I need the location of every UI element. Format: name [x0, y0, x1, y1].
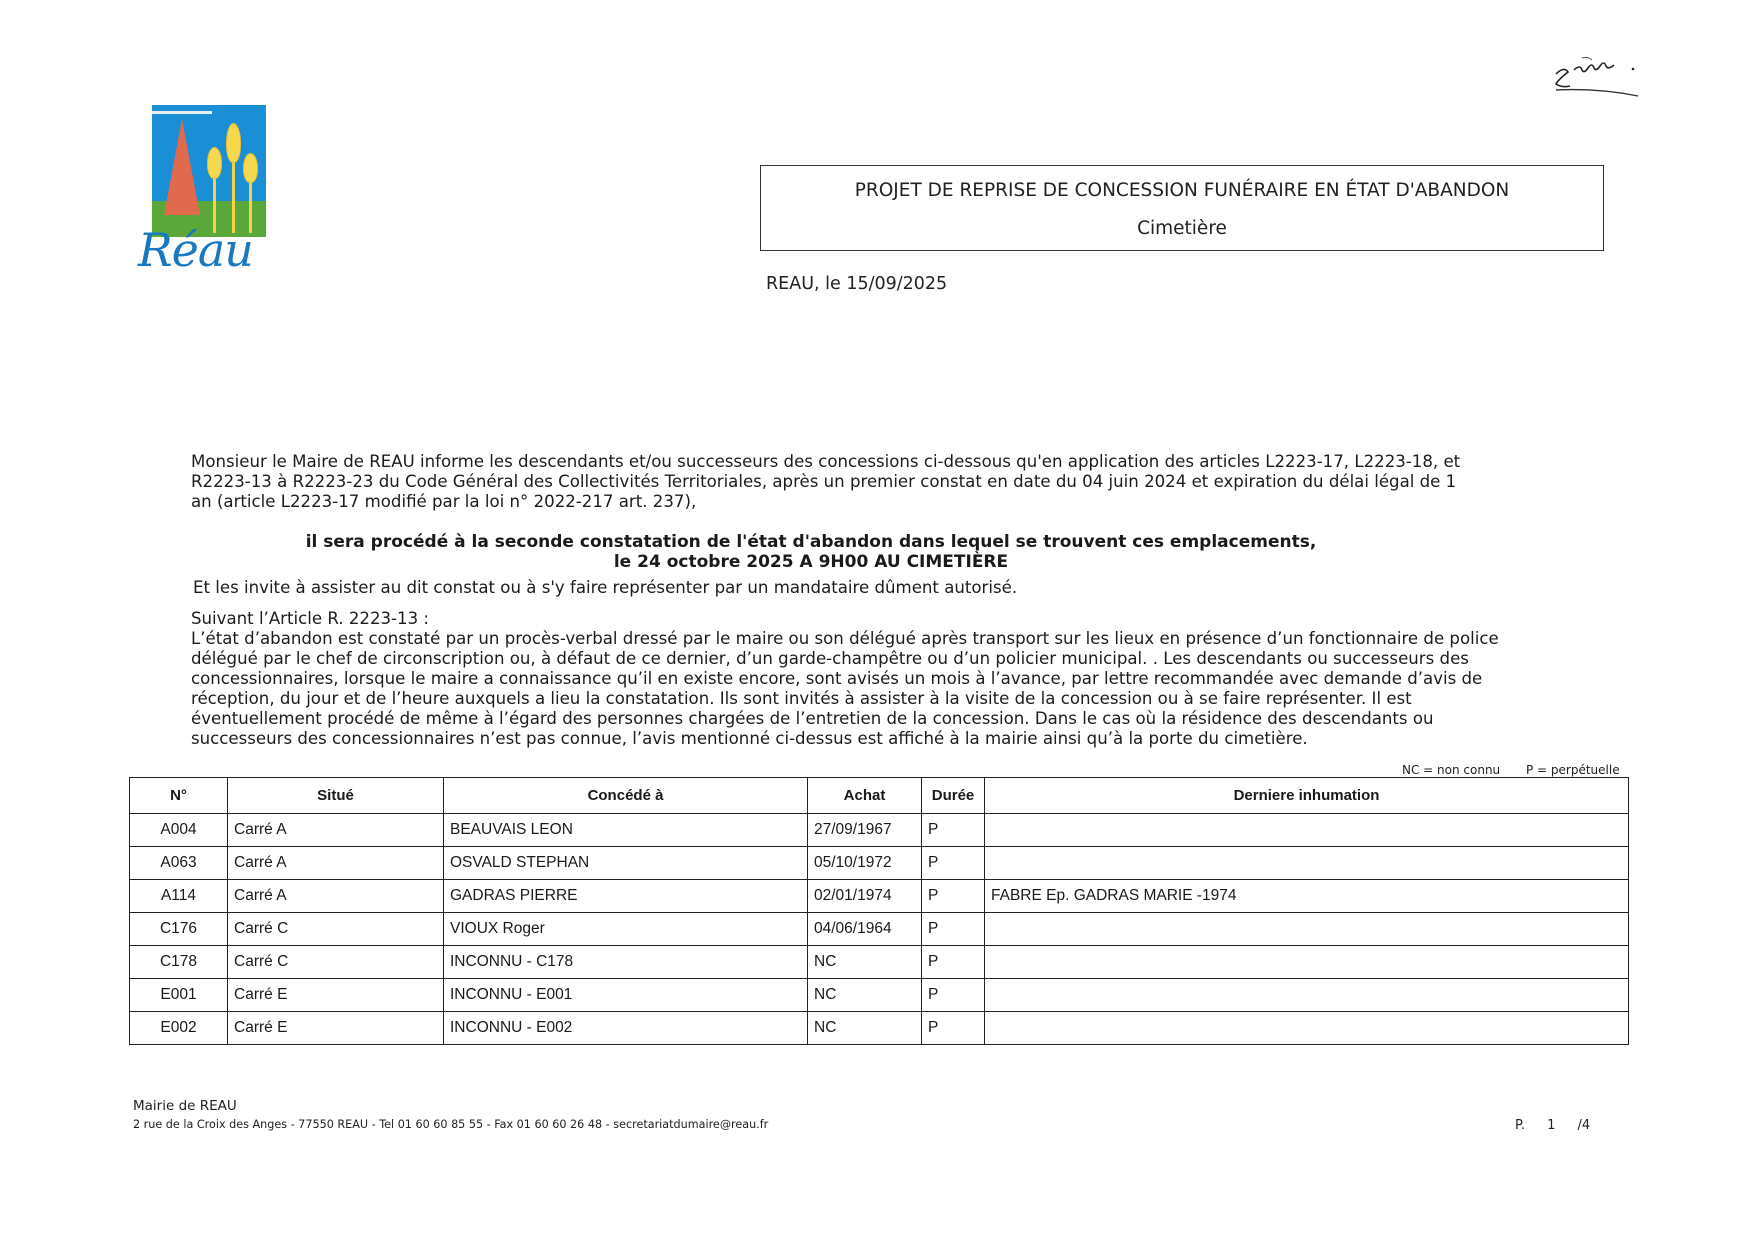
cell-purchase: 05/10/1972 [808, 847, 922, 880]
cell-grantee: INCONNU - C178 [444, 946, 808, 979]
article-line: L’état d’abandon est constaté par un pro… [191, 629, 1591, 649]
table-legend: NC = non connu P = perpétuelle [1380, 763, 1620, 777]
cell-number: C178 [130, 946, 228, 979]
table-row: A004Carré ABEAUVAIS LEON27/09/1967P [130, 814, 1629, 847]
col-header-duration: Durée [922, 778, 985, 814]
cell-grantee: INCONNU - E001 [444, 979, 808, 1012]
cell-number: C176 [130, 913, 228, 946]
cell-duration: P [922, 979, 985, 1012]
cell-grantee: OSVALD STEPHAN [444, 847, 808, 880]
cell-number: E002 [130, 1012, 228, 1045]
logo-wordmark: Réau [138, 223, 253, 277]
cell-location: Carré A [228, 814, 444, 847]
intro-line: R2223-13 à R2223-23 du Code Général des … [191, 472, 1561, 492]
announcement-date: le 24 octobre 2025 A 9H00 AU CIMETIÈRE [191, 552, 1431, 572]
cell-number: A004 [130, 814, 228, 847]
intro-line: an (article L2223-17 modifié par la loi … [191, 492, 1561, 512]
cell-last-burial [985, 946, 1629, 979]
document-title: PROJET DE REPRISE DE CONCESSION FUNÉRAIR… [761, 180, 1603, 201]
legend-p: P = perpétuelle [1526, 763, 1620, 777]
cell-duration: P [922, 913, 985, 946]
cell-duration: P [922, 847, 985, 880]
cell-duration: P [922, 814, 985, 847]
cell-purchase: NC [808, 946, 922, 979]
article-line: éventuellement procédé de même à l’égard… [191, 709, 1591, 729]
table-header-row: N° Situé Concédé à Achat Durée Derniere … [130, 778, 1629, 814]
cell-grantee: BEAUVAIS LEON [444, 814, 808, 847]
place-date-line: REAU, le 15/09/2025 [766, 274, 947, 294]
legend-nc: NC = non connu [1402, 763, 1500, 777]
col-header-location: Situé [228, 778, 444, 814]
reau-municipal-logo: Réau [150, 105, 270, 290]
cell-location: Carré C [228, 913, 444, 946]
col-header-grantee: Concédé à [444, 778, 808, 814]
article-heading: Suivant l’Article R. 2223-13 : [191, 609, 1591, 629]
wheat-ear-icon [243, 153, 258, 183]
col-header-last-burial: Derniere inhumation [985, 778, 1629, 814]
announcement: il sera procédé à la seconde constatatio… [191, 532, 1431, 572]
cell-purchase: 27/09/1967 [808, 814, 922, 847]
cell-duration: P [922, 880, 985, 913]
cell-purchase: NC [808, 1012, 922, 1045]
table-row: C176Carré CVIOUX Roger04/06/1964P [130, 913, 1629, 946]
table-row: A114Carré AGADRAS PIERRE02/01/1974PFABRE… [130, 880, 1629, 913]
table-row: A063Carré AOSVALD STEPHAN05/10/1972P [130, 847, 1629, 880]
col-header-number: N° [130, 778, 228, 814]
intro-paragraph: Monsieur le Maire de REAU informe les de… [191, 452, 1561, 512]
cell-number: E001 [130, 979, 228, 1012]
article-line: réception, du jour et de l’heure auxquel… [191, 689, 1591, 709]
document-subtitle: Cimetière [761, 218, 1603, 239]
cell-location: Carré C [228, 946, 444, 979]
cell-location: Carré E [228, 979, 444, 1012]
page-current: 1 [1547, 1118, 1555, 1133]
page-prefix: P. [1515, 1118, 1525, 1133]
col-header-purchase: Achat [808, 778, 922, 814]
cell-grantee: VIOUX Roger [444, 913, 808, 946]
cell-last-burial [985, 847, 1629, 880]
wheat-ear-icon [207, 147, 222, 179]
article-line: concessionnaires, lorsque le maire a con… [191, 669, 1591, 689]
cell-last-burial [985, 979, 1629, 1012]
article-line: successeurs des concessionnaires n’est p… [191, 729, 1591, 749]
cell-number: A063 [130, 847, 228, 880]
church-spire-icon [164, 119, 200, 215]
table-row: C178Carré CINCONNU - C178NCP [130, 946, 1629, 979]
wheat-ear-icon [226, 123, 241, 163]
cell-grantee: GADRAS PIERRE [444, 880, 808, 913]
footer-contact: 2 rue de la Croix des Anges - 77550 REAU… [133, 1118, 768, 1131]
cell-purchase: 04/06/1964 [808, 913, 922, 946]
article-paragraph: Suivant l’Article R. 2223-13 : L’état d’… [191, 609, 1591, 749]
invitation-text: Et les invite à assister au dit constat … [193, 578, 1017, 598]
table-row: E002Carré EINCONNU - E002NCP [130, 1012, 1629, 1045]
intro-line: Monsieur le Maire de REAU informe les de… [191, 452, 1561, 472]
document-title-box: PROJET DE REPRISE DE CONCESSION FUNÉRAIR… [760, 165, 1604, 251]
cell-last-burial [985, 913, 1629, 946]
article-line: délégué par le chef de circonscription o… [191, 649, 1591, 669]
page-total: /4 [1578, 1118, 1591, 1133]
cell-number: A114 [130, 880, 228, 913]
cell-last-burial: FABRE Ep. GADRAS MARIE -1974 [985, 880, 1629, 913]
logo-emblem [152, 105, 266, 237]
cell-duration: P [922, 946, 985, 979]
cell-location: Carré E [228, 1012, 444, 1045]
announcement-line: il sera procédé à la seconde constatatio… [191, 532, 1431, 552]
cell-last-burial [985, 1012, 1629, 1045]
cell-duration: P [922, 1012, 985, 1045]
cell-grantee: INCONNU - E002 [444, 1012, 808, 1045]
cell-purchase: 02/01/1974 [808, 880, 922, 913]
handwritten-signature [1548, 52, 1648, 102]
cell-location: Carré A [228, 880, 444, 913]
page-number: P. 1 /4 [1515, 1118, 1608, 1133]
cell-purchase: NC [808, 979, 922, 1012]
table-row: E001Carré EINCONNU - E001NCP [130, 979, 1629, 1012]
footer-organization: Mairie de REAU [133, 1098, 237, 1114]
concessions-table: N° Situé Concédé à Achat Durée Derniere … [129, 777, 1629, 1045]
cell-last-burial [985, 814, 1629, 847]
cell-location: Carré A [228, 847, 444, 880]
